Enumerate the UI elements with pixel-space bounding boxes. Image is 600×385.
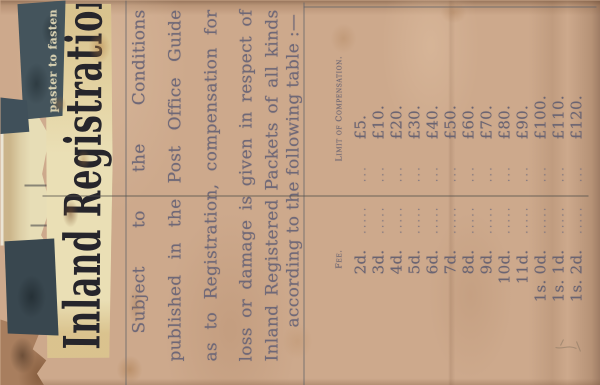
paster-patch-fragment (0, 97, 30, 135)
registered-envelope: Inland Registration. paster to fasten Su… (0, 0, 600, 385)
paragraph-line: as to Registration, compensation for (200, 9, 224, 361)
compensation-cell: £90. (513, 104, 531, 139)
dots-leader: ..... (570, 196, 588, 242)
compensation-cell: £30. (405, 104, 423, 139)
fee-cell: 7d. (441, 249, 459, 335)
fee-cell: 10d. (495, 249, 513, 335)
compensation-cell: £120. (567, 95, 585, 139)
fee-cell: 6d. (423, 249, 441, 335)
stain (116, 355, 142, 383)
stain (440, 1, 466, 23)
table-row: 2d. ..... ... £5. (351, 0, 369, 385)
compensation-cell: £60. (459, 104, 477, 139)
fee-cell: 1s. 1d. (549, 249, 567, 335)
envelope-scan: Inland Registration. paster to fasten Su… (0, 0, 600, 385)
fee-cell: 2d. (351, 249, 369, 335)
fee-cell: 3d. (369, 249, 387, 335)
stain (52, 95, 66, 113)
table-row: 8d. ..... ... £60. (459, 0, 477, 385)
dots-leader: ... (570, 157, 588, 189)
compensation-cell: £10. (369, 104, 387, 139)
fee-cell: 8d. (459, 249, 477, 335)
table-row: 1s. 1d. ..... ... £110. (549, 0, 567, 385)
stain (128, 285, 142, 325)
stain (88, 31, 110, 63)
paragraph-line: loss or damage is given in respect of (235, 9, 259, 361)
table-row: 7d. ..... ... £50. (441, 0, 459, 385)
fee-cell: 4d. (387, 249, 405, 335)
table-row: 1s. 0d. ..... ... £100. (531, 0, 549, 385)
fee-header: Fee. (334, 249, 343, 315)
compensation-cell: £20. (387, 104, 405, 139)
table-row: 4d. ..... ... £20. (387, 0, 405, 385)
stain (62, 199, 78, 227)
paragraph-line: Inland Registered Packets of all kinds (261, 9, 285, 361)
fee-cell: 1s. 0d. (531, 249, 549, 335)
table-row: 10d. ..... ... £80. (495, 0, 513, 385)
teal-patch (4, 238, 58, 335)
stain (330, 23, 356, 53)
pencil-mark (552, 337, 586, 353)
table-row: 1s. 2d. ..... ... £120. (567, 0, 585, 385)
compensation-cell: £100. (531, 95, 549, 139)
fold-crease (42, 195, 588, 196)
table-row: 11d. ..... ... £90. (513, 0, 531, 385)
table-row: 9d. ..... ... £70. (477, 0, 495, 385)
paragraph-line: according to the following table :— (282, 9, 306, 361)
compensation-cell: £5. (351, 114, 369, 139)
compensation-cell: £50. (441, 104, 459, 139)
fee-cell: 9d. (477, 249, 495, 335)
paragraph-line: published in the Post Office Guide (164, 9, 188, 361)
stain (76, 149, 90, 169)
table-row: 3d. ..... ... £10. (369, 0, 387, 385)
compensation-cell: £40. (423, 104, 441, 139)
stain (282, 323, 312, 359)
compensation-header: Limit of Compensation. (334, 55, 343, 161)
compensation-cell: £70. (477, 104, 495, 139)
paper-edge-highlight (0, 123, 3, 245)
fee-cell: 5d. (405, 249, 423, 335)
compensation-cell: £80. (495, 104, 513, 139)
compensation-cell: £110. (549, 95, 567, 139)
table-row: 5d. ..... ... £30. (405, 0, 423, 385)
fee-cell: 11d. (513, 249, 531, 335)
fee-cell: 1s. 2d. (567, 249, 585, 335)
table-row: 6d. ..... ... £40. (423, 0, 441, 385)
rule-below-label (125, 0, 126, 385)
